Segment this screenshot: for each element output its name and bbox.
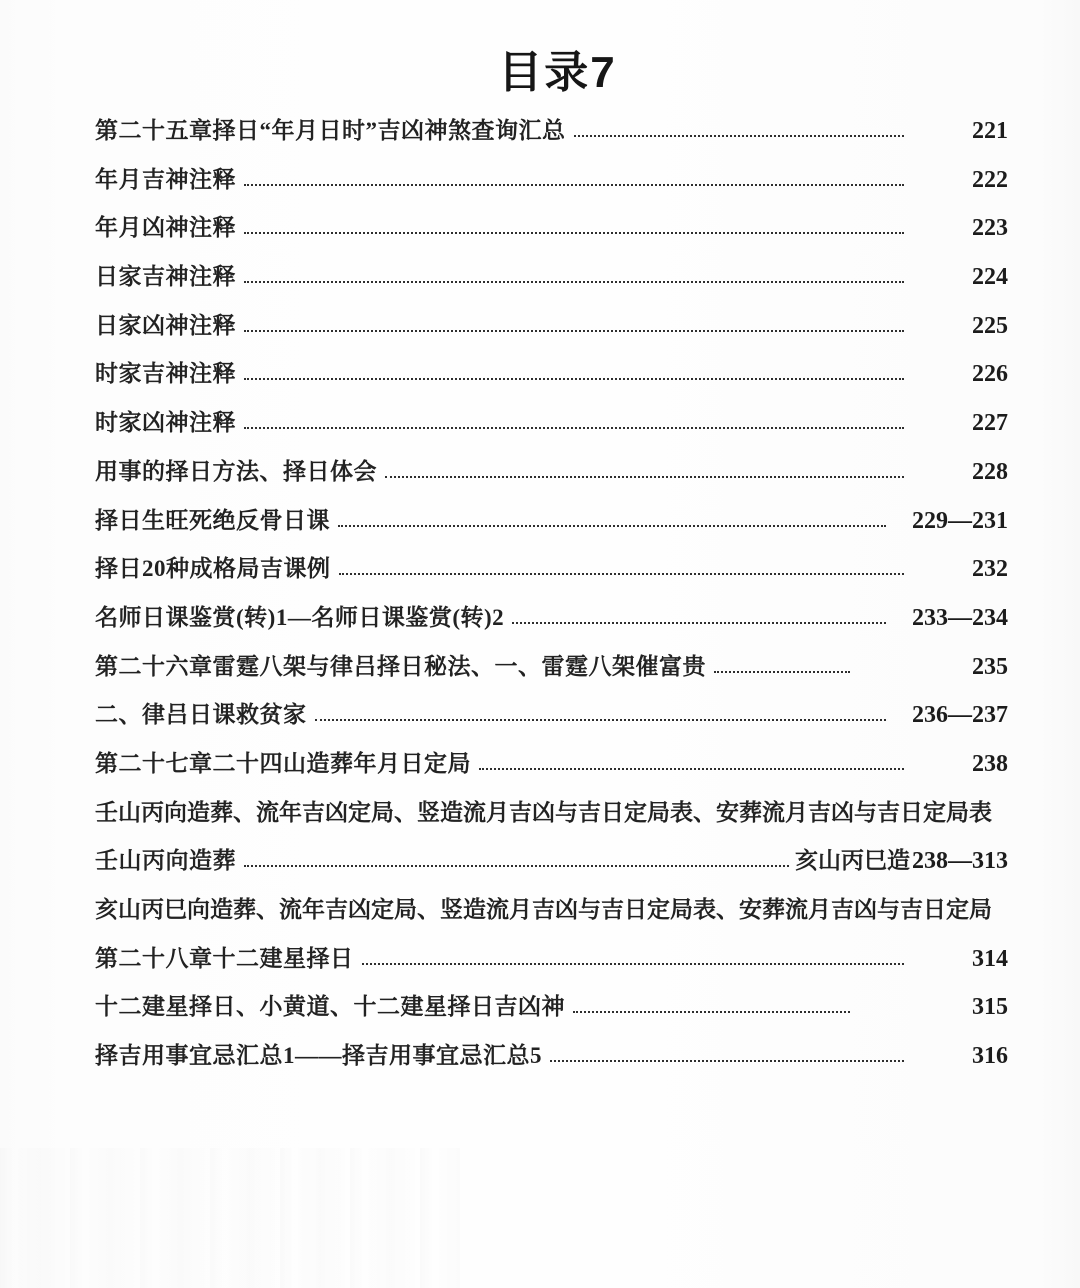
dot-leader (339, 573, 905, 575)
dot-leader (338, 525, 886, 527)
toc-entry-page: 315 (930, 992, 1008, 1022)
toc-entry: 用事的择日方法、择日体会 228 (95, 457, 1008, 487)
toc-entry: 十二建星择日、小黄道、十二建星择日吉凶神 315 (95, 992, 1008, 1022)
toc-entry-title: 名师日课鉴赏(转)1—名师日课鉴赏(转)2 (95, 603, 504, 633)
toc-entry-page: 225 (930, 311, 1008, 341)
dot-leader (244, 865, 789, 867)
toc-entry: 第二十七章二十四山造葬年月日定局 238 (95, 749, 1008, 779)
dot-leader (550, 1060, 904, 1062)
toc-entry-page: 236—237 (912, 700, 1008, 730)
toc-entry-title: 日家凶神注释 (95, 311, 236, 341)
toc-entry: 二、律吕日课救贫家 236—237 (95, 700, 1008, 730)
toc-entry-title: 日家吉神注释 (95, 262, 236, 292)
page-title: 目录7 (107, 50, 1008, 96)
toc-entry: 时家吉神注释 226 (95, 359, 1008, 389)
toc-entry: 壬山丙向造葬 亥山丙巳造 238—313 (95, 846, 1008, 876)
dot-leader (479, 768, 904, 770)
dot-leader (573, 1011, 850, 1013)
dot-leader (362, 963, 905, 965)
toc-entry-page: 235 (930, 652, 1008, 682)
dot-leader (244, 184, 904, 186)
toc-entry: 时家凶神注释 227 (95, 408, 1008, 438)
toc-entry-page: 314 (930, 944, 1008, 974)
toc-entry: 名师日课鉴赏(转)1—名师日课鉴赏(转)2 233—234 (95, 603, 1008, 633)
toc-entry-page: 316 (930, 1041, 1008, 1071)
toc-entry-title: 亥山丙巳向造葬、流年吉凶定局、竖造流月吉凶与吉日定局表、安葬流月吉凶与吉日定局 (95, 895, 992, 925)
toc-entry-title: 时家凶神注释 (95, 408, 236, 438)
toc-entry-title: 用事的择日方法、择日体会 (95, 457, 377, 487)
toc-entry-title: 择日20种成格局吉课例 (95, 554, 331, 584)
toc-entry-page: 238 (930, 749, 1008, 779)
dot-leader (244, 427, 904, 429)
toc-entry-title: 第二十六章雷霆八架与律吕择日秘法、一、雷霆八架催富贵 (95, 652, 706, 682)
toc-entry: 日家吉神注释 224 (95, 262, 1008, 292)
toc-entry: 亥山丙巳向造葬、流年吉凶定局、竖造流月吉凶与吉日定局表、安葬流月吉凶与吉日定局 (95, 895, 1008, 925)
toc-entry: 日家凶神注释 225 (95, 311, 1008, 341)
toc-page: 目录7 第二十五章择日“年月日时”吉凶神煞查询汇总 221 年月吉神注释 222… (0, 0, 1080, 1071)
table-of-contents: 第二十五章择日“年月日时”吉凶神煞查询汇总 221 年月吉神注释 222 年月凶… (95, 116, 1008, 1071)
toc-entry: 第二十八章十二建星择日 314 (95, 944, 1008, 974)
toc-entry-title: 壬山丙向造葬 (95, 846, 236, 876)
toc-entry-title: 二、律吕日课救贫家 (95, 700, 307, 730)
dot-leader (244, 232, 904, 234)
toc-entry-page: 228 (930, 457, 1008, 487)
toc-entry-page: 232 (930, 554, 1008, 584)
dot-leader (574, 135, 905, 137)
dot-leader (244, 378, 904, 380)
toc-entry-title: 年月吉神注释 (95, 165, 236, 195)
toc-entry: 年月凶神注释 223 (95, 213, 1008, 243)
toc-entry-page: 227 (930, 408, 1008, 438)
toc-entry-title: 时家吉神注释 (95, 359, 236, 389)
dot-leader (244, 330, 904, 332)
dot-leader (512, 622, 886, 624)
toc-entry-title: 第二十七章二十四山造葬年月日定局 (95, 749, 471, 779)
toc-entry: 第二十六章雷霆八架与律吕择日秘法、一、雷霆八架催富贵 235 (95, 652, 1008, 682)
toc-entry-page: 224 (930, 262, 1008, 292)
toc-entry: 壬山丙向造葬、流年吉凶定局、竖造流月吉凶与吉日定局表、安葬流月吉凶与吉日定局表 (95, 798, 1008, 828)
dot-leader (244, 281, 904, 283)
toc-entry: 年月吉神注释 222 (95, 165, 1008, 195)
toc-entry-title: 第二十五章择日“年月日时”吉凶神煞查询汇总 (95, 116, 566, 146)
toc-entry-page: 226 (930, 359, 1008, 389)
toc-entry: 择吉用事宜忌汇总1——择吉用事宜忌汇总5 316 (95, 1041, 1008, 1071)
toc-entry-title: 壬山丙向造葬、流年吉凶定局、竖造流月吉凶与吉日定局表、安葬流月吉凶与吉日定局表 (95, 798, 992, 828)
scan-streaks (0, 1148, 460, 1288)
toc-entry-page: 223 (930, 213, 1008, 243)
toc-entry: 择日生旺死绝反骨日课 229—231 (95, 506, 1008, 536)
dot-leader (385, 476, 904, 478)
toc-entry-page: 233—234 (912, 603, 1008, 633)
toc-entry-page: 222 (930, 165, 1008, 195)
toc-entry-title: 十二建星择日、小黄道、十二建星择日吉凶神 (95, 992, 565, 1022)
dot-leader (714, 671, 850, 673)
toc-entry-title: 第二十八章十二建星择日 (95, 944, 354, 974)
dot-leader (315, 719, 887, 721)
toc-entry-page: 221 (930, 116, 1008, 146)
toc-entry-title: 年月凶神注释 (95, 213, 236, 243)
toc-entry-page: 238—313 (912, 846, 1008, 876)
toc-entry-title: 择吉用事宜忌汇总1——择吉用事宜忌汇总5 (95, 1041, 542, 1071)
toc-entry-title: 择日生旺死绝反骨日课 (95, 506, 330, 536)
toc-entry-suffix: 亥山丙巳造 (795, 846, 910, 876)
toc-entry: 第二十五章择日“年月日时”吉凶神煞查询汇总 221 (95, 116, 1008, 146)
toc-entry: 择日20种成格局吉课例 232 (95, 554, 1008, 584)
toc-entry-page: 229—231 (912, 506, 1008, 536)
